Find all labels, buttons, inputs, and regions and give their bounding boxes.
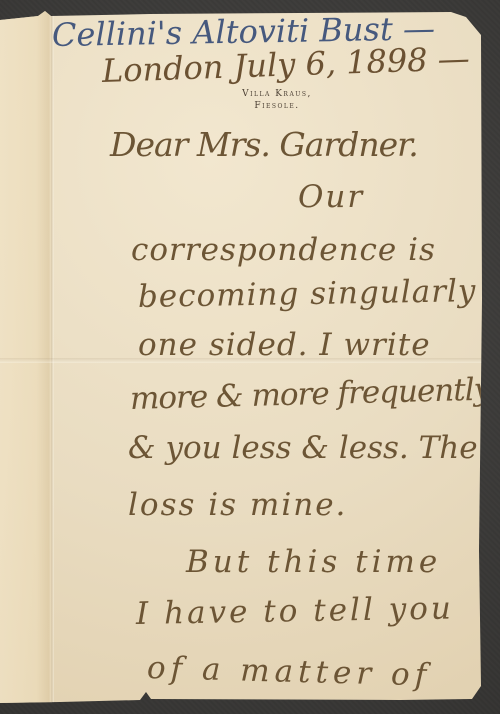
letter-line: Our — [298, 180, 364, 214]
letter-line: loss is mine. — [128, 488, 347, 522]
letter-line: I have to tell you — [136, 591, 454, 631]
letter-line: of a matter of — [147, 651, 432, 693]
salutation: Dear Mrs. Gardner. — [110, 127, 418, 163]
printed-letterhead: Villa Kraus, Fiesole. — [222, 89, 332, 112]
letterhead-fiesole: Fiesole. — [222, 101, 332, 113]
letter-line: & you less & less. The — [128, 431, 478, 465]
photo-background: Cellini's Altoviti Bust — London July 6,… — [0, 0, 500, 714]
letter-page: Cellini's Altoviti Bust — London July 6,… — [0, 0, 500, 714]
letter-line: one sided. I write — [138, 328, 431, 362]
letter-line: correspondence is — [131, 233, 436, 267]
paper-fold-margin — [0, 0, 52, 714]
vertical-fold-line — [51, 0, 54, 714]
letter-line: becoming singularly — [138, 274, 477, 314]
letterhead-villa-kraus: Villa Kraus, — [222, 89, 332, 101]
letter-line: more & more frequently. — [130, 372, 496, 416]
letter-line: But this time — [186, 545, 441, 579]
